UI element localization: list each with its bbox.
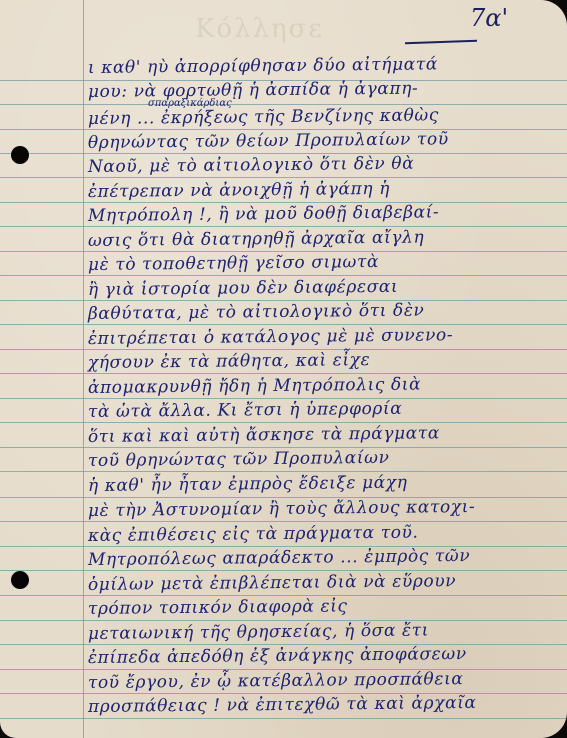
text-line: ἢ γιὰ ἱστορία μου δὲν διαφέρεσαι [88,275,558,300]
text-line: μεταιωνική τῆς θρησκείας, ἡ ὅσα ἔτι [88,619,558,644]
text-line: τὰ ὠτὰ ἄλλα. Κι ἔτσι ἡ ὑπερφορία [88,397,558,422]
text-line: μένη ... ἐκρήξεως τῆς Βενζίνης καθὼς [88,104,558,129]
text-line: ἀπομακρυνθῇ ἤδη ἡ Μητρόπολις διὰ [88,373,558,398]
text-line: προσπάθειας ! νὰ ἐπιτεχθῶ τὰ καὶ ἀρχαῖα [88,692,558,717]
text-line: ἐπιτρέπεται ὁ κατάλογος μὲ μὲ συνενο- [88,324,558,349]
text-line: τοῦ ἔργου, ἐν ᾧ κατέβαλλον προσπάθεια [88,668,558,693]
text-line: Μητροπόλεως απαράδεκτο ... ἐμπρὸς τῶν [88,545,558,570]
text-line: μὲ τὴν Ἀστυνομίαν ἢ τοὺς ἄλλους κατοχι- [88,496,558,521]
text-line: θρηνώντας τῶν θείων Προπυλαίων τοῦ [88,128,558,153]
text-line: ἐπέτρεπαν νὰ ἀνοιχθῇ ἡ ἀγάπη ἡ [88,177,558,202]
text-line: τρόπον τοπικόν διαφορὰ εἰς [88,594,558,619]
text-line: χήσουν ἐκ τὰ πάθητα, καὶ εἶχε [88,348,558,373]
binder-hole [11,571,29,589]
text-line: Μητρόπολη !, ἢ νὰ μοῦ δοθῇ διαβεβαί- [88,201,558,226]
text-line: ἐπίπεδα ἀπεδόθη ἐξ ἀνάγκης ἀποφάσεων [88,643,558,668]
ruled-line [0,718,567,719]
text-line: τοῦ θρηνώντας τῶν Προπυλαίων [88,446,558,471]
page-number-underline [405,40,477,45]
manuscript-page: Κόλλησε 7α' σπαραξικάρδιας ι καθ' ηὺ ἀπο… [0,0,567,738]
paper-watermark: Κόλλησε [195,14,324,44]
text-line: κὰς ἐπιθέσεις εἰς τὰ πράγματα τοῦ. [88,521,558,546]
text-line: μὲ τὸ τοποθετηθῇ γεῖσο σιμωτὰ [88,250,558,275]
text-line: βαθύτατα, μὲ τὸ αἰτιολογικὸ ὅτι δὲν [88,299,558,324]
text-line: ωσις ὅτι θὰ διατηρηθῇ ἀρχαῖα αἴγλη [88,226,558,251]
text-line: ἡ καθ' ἦν ἦταν ἐμπρὸς ἔδειξε μάχη [88,471,558,496]
text-line: Ναοῦ, μὲ τὸ αἰτιολογικὸ ὅτι δὲν θὰ [88,152,558,177]
page-number: 7α' [470,4,508,32]
text-line: μου: νὰ φορτωθῇ ἡ ἀσπίδα ἡ ἀγαπη- [88,77,558,102]
text-line: ὅτι καὶ καὶ αὐτὴ ἄσκησε τὰ πράγματα [88,422,558,447]
binder-hole [11,146,29,164]
margin-line [83,0,84,738]
text-line: ι καθ' ηὺ ἀπορρίφθησαν δύο αἰτήματά [88,53,558,78]
text-line: ὁμίλων μετὰ ἐπιβλέπεται διὰ νὰ εὕρουν [88,570,558,595]
